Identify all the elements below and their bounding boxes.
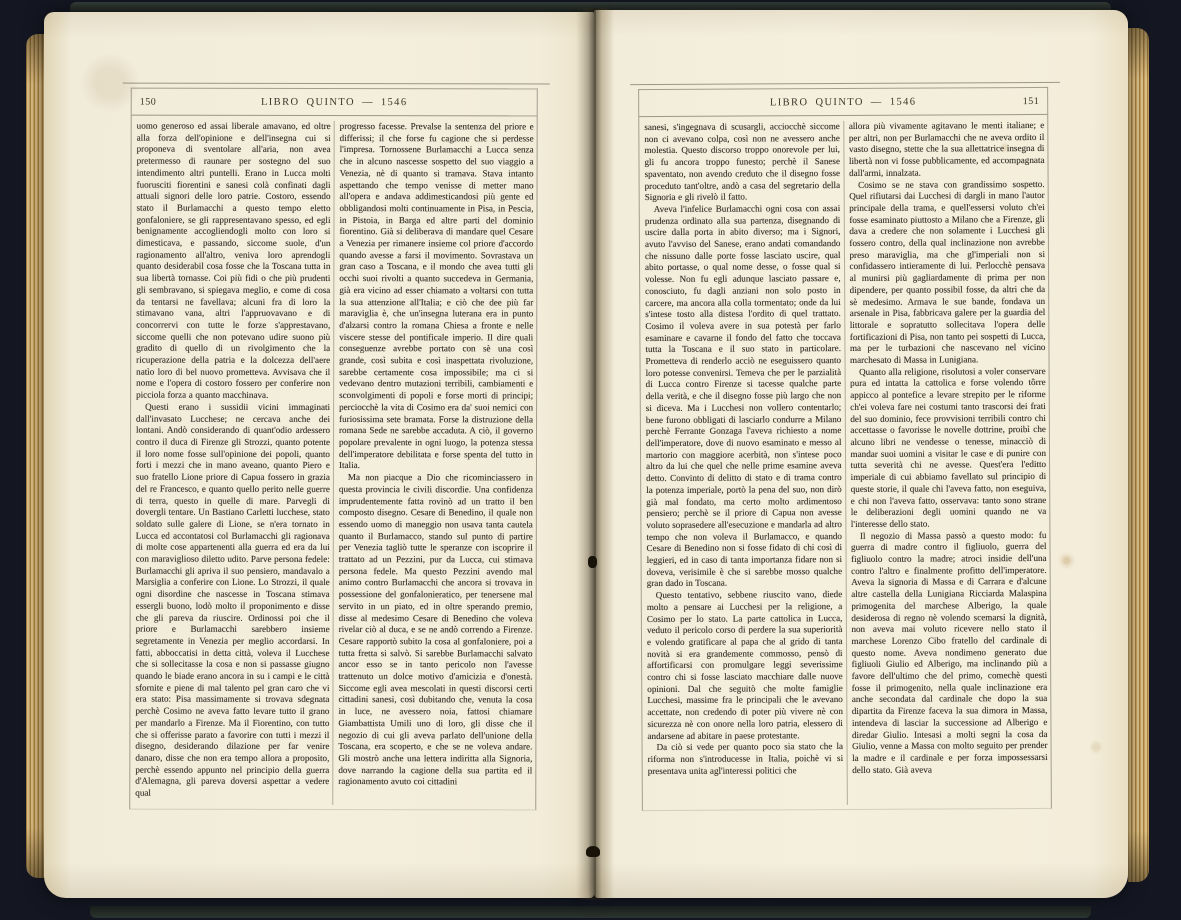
running-title: LIBRO QUINTO — 1546 [200, 96, 469, 108]
paragraph: Aveva l'infelice Burlamacchi ogni cosa c… [645, 203, 843, 590]
right-page-text-frame: LIBRO QUINTO — 1546 151 sanesi, s'ingegn… [638, 87, 1052, 811]
book-cover-bottom-edge [90, 906, 1091, 918]
page-number: 150 [132, 96, 200, 107]
page-number: 151 [979, 95, 1047, 106]
paragraph: allora più vivamente agitavano le menti … [849, 120, 1045, 180]
text-column: sanesi, s'ingegnava di scusargli, accioc… [639, 121, 846, 800]
binding-stitch-mark [588, 556, 597, 568]
paragraph: Da ciò si vede per quanto poco sia stato… [648, 741, 844, 777]
paragraph: uomo generoso ed assai liberale amavano,… [136, 121, 331, 402]
running-title: LIBRO QUINTO — 1546 [707, 96, 979, 108]
right-page-columns: sanesi, s'ingegnava di scusargli, accioc… [639, 115, 1051, 806]
paragraph: Questo tentativo, sebbene riuscito vano,… [647, 589, 843, 742]
text-column: allora più vivamente agitavano le menti … [844, 120, 1051, 799]
paragraph: progresso facesse. Prevalse la sentenza … [339, 121, 534, 472]
right-page-header: LIBRO QUINTO — 1546 151 [639, 88, 1047, 117]
paragraph: Ma non piacque a Dio che ricominciassero… [338, 472, 533, 788]
paragraph: Quanto alla religione, risolutosi a vole… [850, 366, 1046, 531]
text-column: progresso facesse. Prevalse la sentenza … [333, 121, 536, 799]
left-page-text-frame: 150 LIBRO QUINTO — 1546 uomo generoso ed… [129, 88, 538, 811]
paragraph: Questi erano i sussidii vicini immaginat… [135, 401, 330, 799]
left-page: 150 LIBRO QUINTO — 1546 uomo generoso ed… [44, 12, 594, 898]
right-page: LIBRO QUINTO — 1546 151 sanesi, s'ingegn… [594, 10, 1128, 898]
text-column: uomo generoso ed assai liberale amavano,… [130, 121, 333, 799]
paragraph: Il negozio di Massa passò a questo modo:… [851, 530, 1048, 777]
left-page-header: 150 LIBRO QUINTO — 1546 [132, 89, 537, 117]
left-page-columns: uomo generoso ed assai liberale amavano,… [130, 116, 536, 806]
page-stack-edge-left [26, 34, 46, 878]
paragraph: Cosimo se ne stava con grandissimo sospe… [849, 178, 1045, 366]
binding-gutter-line [594, 10, 596, 898]
binding-stitch-mark [586, 846, 600, 857]
book-scan: 150 LIBRO QUINTO — 1546 uomo generoso ed… [0, 0, 1181, 920]
paragraph: sanesi, s'ingegnava di scusargli, accioc… [644, 121, 840, 204]
page-stack-edge-right [1128, 28, 1149, 882]
